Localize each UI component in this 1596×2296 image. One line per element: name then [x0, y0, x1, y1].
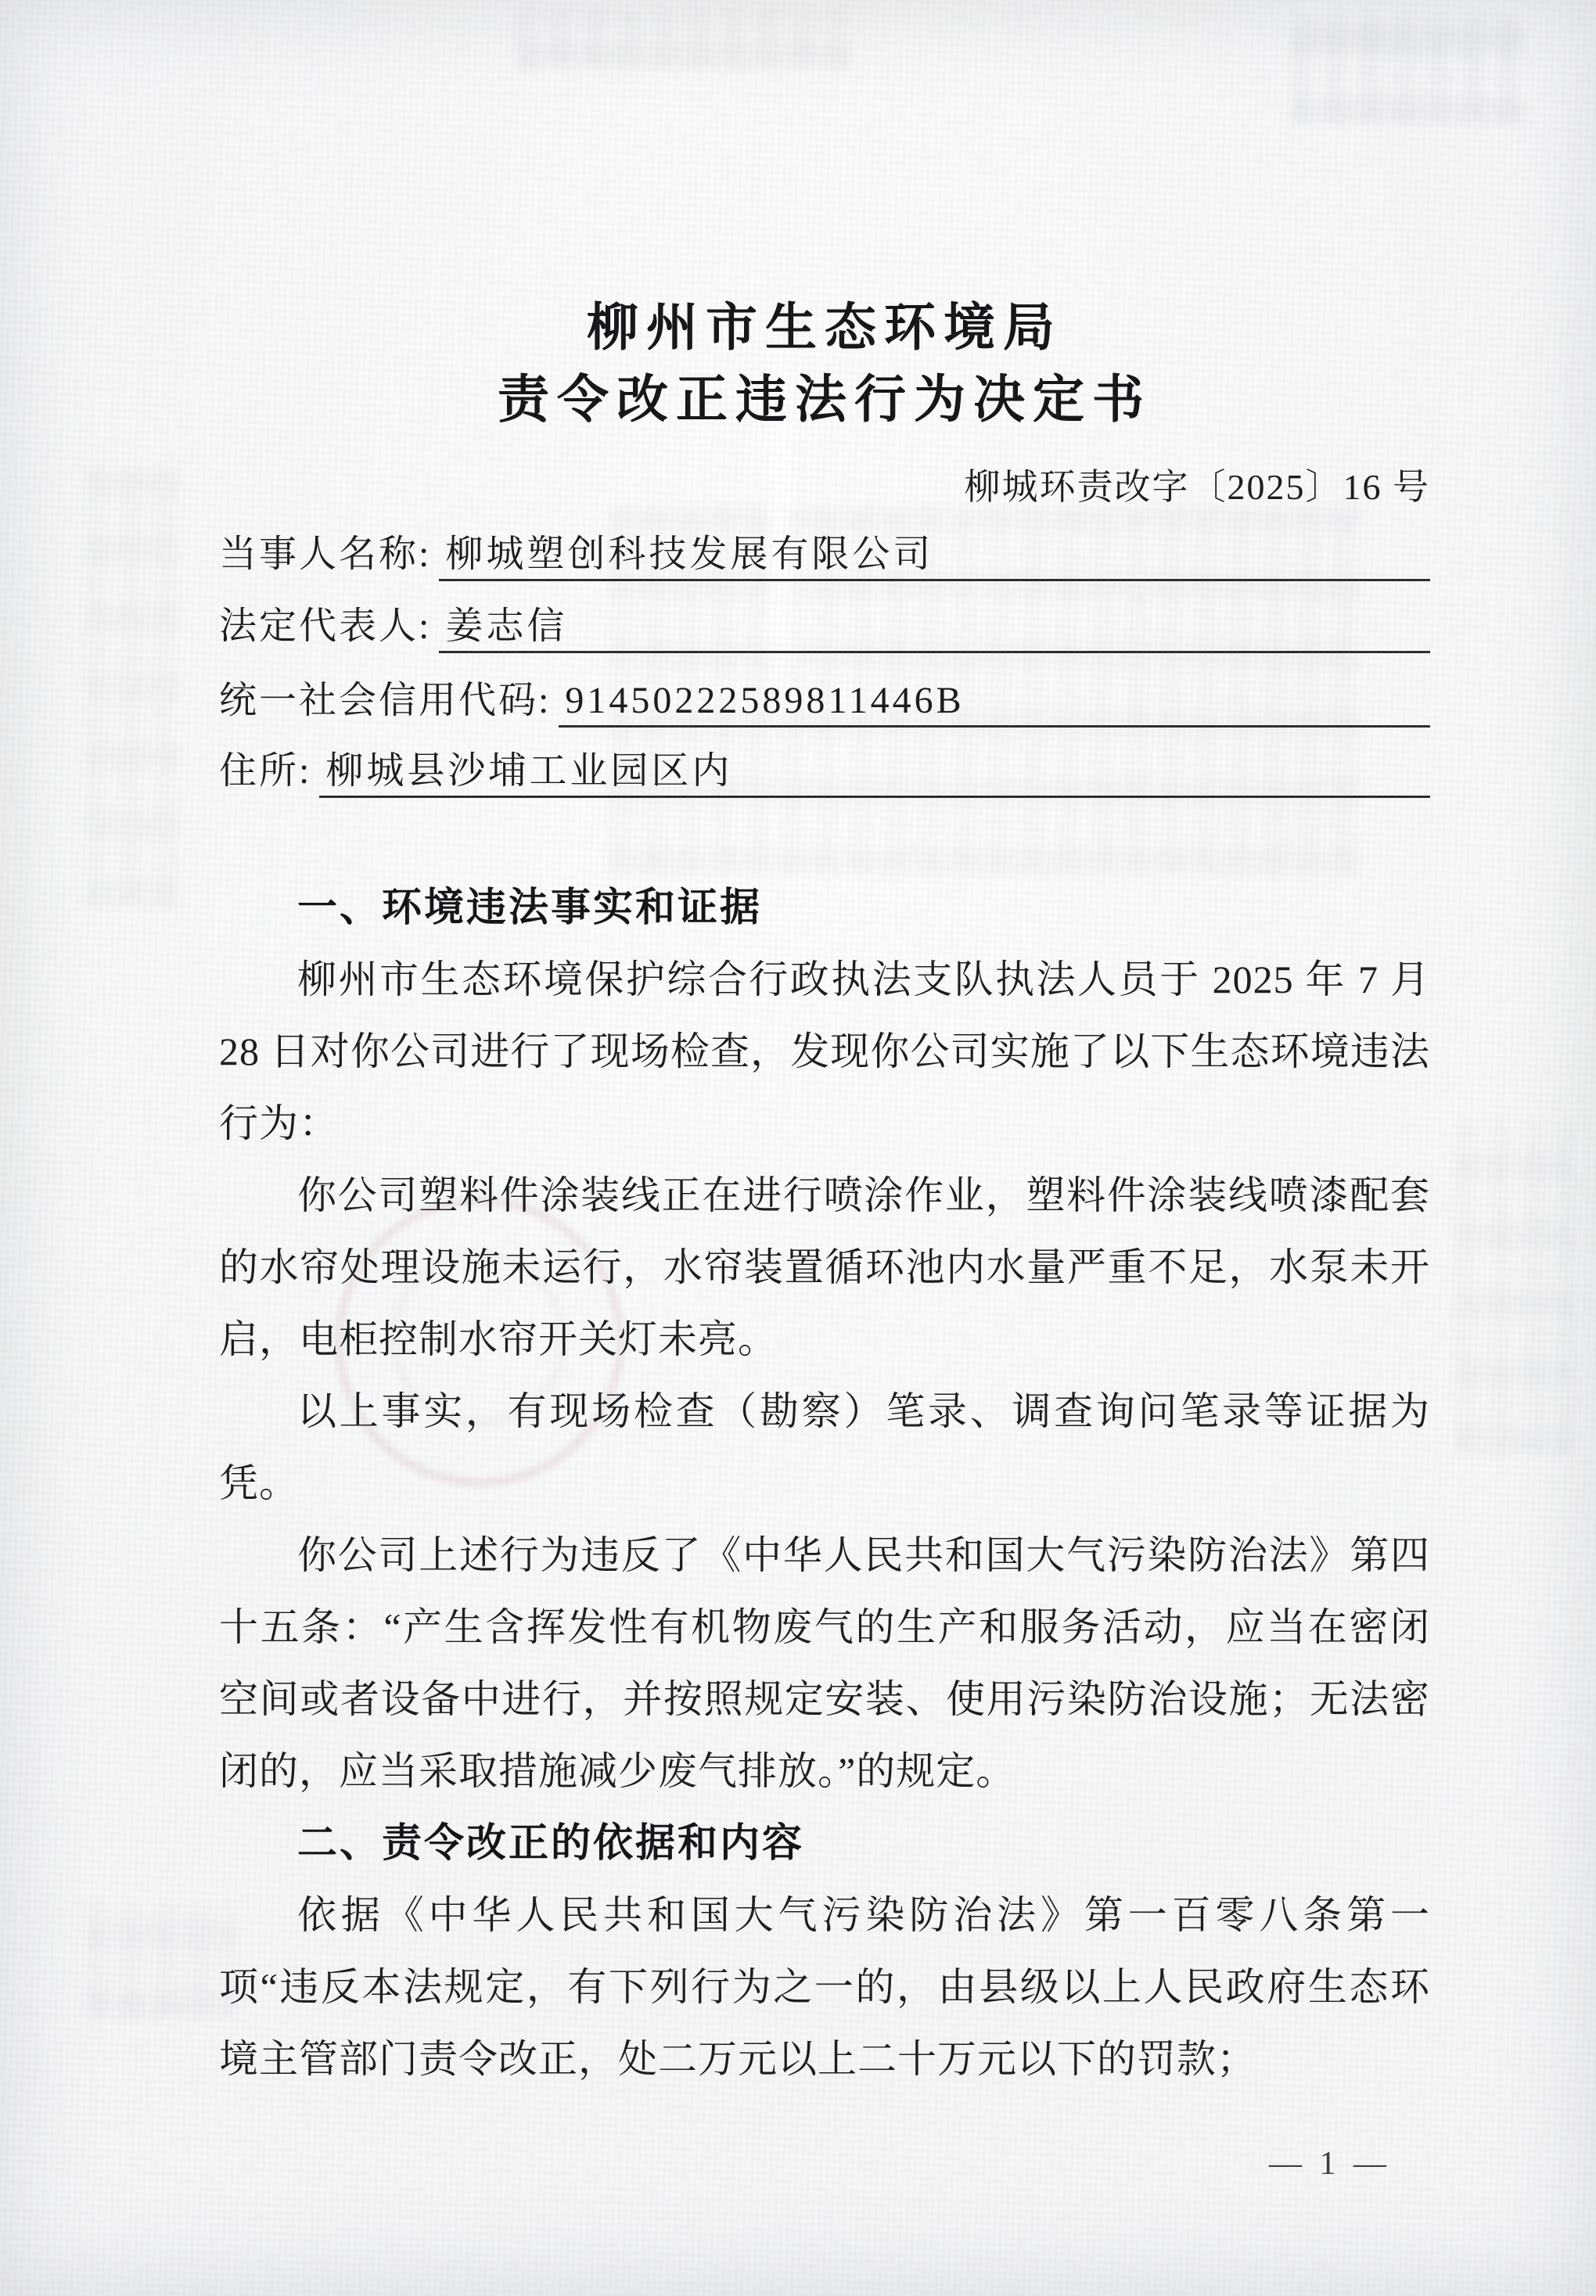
field-value-underlined: 柳城县沙埔工业园区内 [319, 747, 1430, 798]
field-label: 统一社会信用代码: [219, 677, 551, 725]
field-legal-representative: 法定代表人: 姜志信 [219, 602, 1430, 651]
field-label: 当事人名称: [219, 530, 431, 579]
issuing-agency-title: 柳州市生态环境局 [219, 291, 1430, 363]
body-paragraph: 柳州市生态环境保护综合行政执法支队执法人员于 2025 年 7 月 28 日对你… [219, 943, 1430, 1159]
body-paragraph: 你公司上述行为违反了《中华人民共和国大气污染防治法》第四十五条：“产生含挥发性有… [219, 1519, 1430, 1807]
body-paragraph: 你公司塑料件涂装线正在进行喷涂作业，塑料件涂装线喷漆配套的水帘处理设施未运行，水… [219, 1159, 1430, 1375]
section-2-heading: 二、责令改正的依据和内容 [219, 1807, 1430, 1879]
body-paragraph: 依据《中华人民共和国大气污染防治法》第一百零八条第一项“违反本法规定，有下列行为… [219, 1879, 1430, 2095]
field-label: 法定代表人: [219, 602, 431, 651]
document-type-title: 责令改正违法行为决定书 [219, 363, 1430, 435]
body-paragraph: 以上事实，有现场检查（勘察）笔录、调查询问笔录等证据为凭。 [219, 1375, 1430, 1519]
bleedthrough-artifact [86, 1901, 235, 2018]
bleedthrough-artifact [516, 6, 853, 69]
document-number: 柳城环责改字〔2025〕16 号 [219, 458, 1430, 510]
bleedthrough-artifact [1291, 14, 1526, 124]
field-label: 住所: [219, 747, 311, 796]
section-1-heading: 一、环境违法事实和证据 [219, 871, 1430, 943]
field-credit-code: 统一社会信用代码: 91450222589811446B [219, 677, 1430, 725]
field-value-underlined: 柳城塑创科技发展有限公司 [439, 530, 1430, 581]
bleedthrough-artifact [1455, 1119, 1573, 1455]
document-title: 柳州市生态环境局 责令改正违法行为决定书 [219, 291, 1430, 435]
page-number: — 1 — [1220, 2145, 1440, 2183]
scanned-document-page: 柳州市生态环境局 责令改正违法行为决定书 柳城环责改字〔2025〕16 号 当事… [0, 0, 1596, 2296]
bleedthrough-artifact [86, 469, 180, 907]
field-value-underlined: 姜志信 [439, 602, 1430, 653]
document-body: 一、环境违法事实和证据 柳州市生态环境保护综合行政执法支队执法人员于 2025 … [219, 871, 1430, 2095]
field-value-underlined: 91450222589811446B [559, 677, 1430, 728]
field-address: 住所: 柳城县沙埔工业园区内 [219, 747, 1430, 796]
field-party-name: 当事人名称: 柳城塑创科技发展有限公司 [219, 530, 1430, 579]
